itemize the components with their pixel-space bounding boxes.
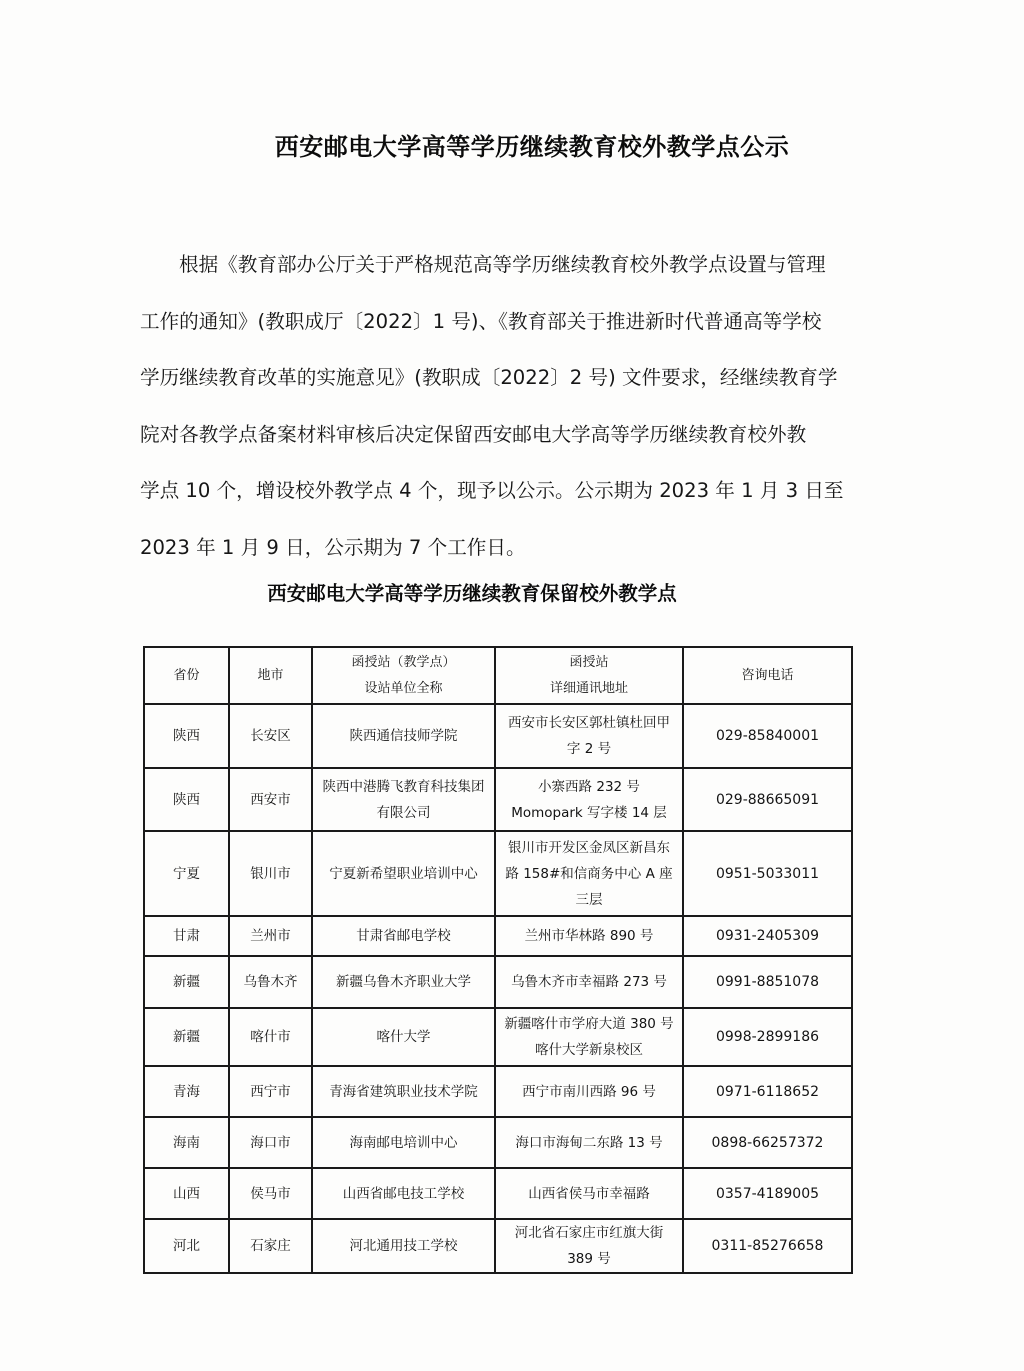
cell-province: 陕西 (144, 704, 229, 768)
table-title: 西安邮电大学高等学历继续教育保留校外教学点 (0, 578, 944, 606)
cell-unit: 河北通用技工学校 (312, 1219, 495, 1273)
cell-province: 新疆 (144, 1008, 229, 1066)
cell-city: 兰州市 (229, 916, 312, 956)
table-row: 河北 石家庄 河北通用技工学校 河北省石家庄市红旗大街389 号 0311-85… (144, 1219, 852, 1273)
cell-unit: 宁夏新希望职业培训中心 (312, 831, 495, 916)
cell-unit: 喀什大学 (312, 1008, 495, 1066)
header-unit: 函授站（教学点）设站单位全称 (312, 647, 495, 704)
cell-phone: 0931-2405309 (683, 916, 852, 956)
cell-unit: 新疆乌鲁木齐职业大学 (312, 956, 495, 1008)
cell-province: 山西 (144, 1168, 229, 1219)
cell-phone: 0998-2899186 (683, 1008, 852, 1066)
cell-address: 西安市长安区郭杜镇杜回甲字 2 号 (495, 704, 683, 768)
cell-phone: 0991-8851078 (683, 956, 852, 1008)
header-province: 省份 (144, 647, 229, 704)
cell-city: 长安区 (229, 704, 312, 768)
cell-province: 海南 (144, 1117, 229, 1168)
table-row: 新疆 乌鲁木齐 新疆乌鲁木齐职业大学 乌鲁木齐市幸福路 273 号 0991-8… (144, 956, 852, 1008)
cell-city: 乌鲁木齐 (229, 956, 312, 1008)
cell-unit: 陕西中港腾飞教育科技集团有限公司 (312, 768, 495, 831)
teaching-sites-table: 省份 地市 函授站（教学点）设站单位全称 函授站详细通讯地址 咨询电话 陕西 长… (143, 646, 853, 1274)
cell-province: 新疆 (144, 956, 229, 1008)
paragraph-line: 工作的通知》(教职成厅〔2022〕1 号)、《教育部关于推进新时代普通高等学校 (140, 294, 888, 351)
cell-province: 宁夏 (144, 831, 229, 916)
cell-address: 小寨西路 232 号Momopark 写字楼 14 层 (495, 768, 683, 831)
cell-unit: 海南邮电培训中心 (312, 1117, 495, 1168)
cell-city: 银川市 (229, 831, 312, 916)
cell-province: 陕西 (144, 768, 229, 831)
cell-phone: 0357-4189005 (683, 1168, 852, 1219)
paragraph-line: 院对各教学点备案材料审核后决定保留西安邮电大学高等学历继续教育校外教 (140, 407, 888, 464)
cell-address: 乌鲁木齐市幸福路 273 号 (495, 956, 683, 1008)
table-row: 陕西 西安市 陕西中港腾飞教育科技集团有限公司 小寨西路 232 号Momopa… (144, 768, 852, 831)
paragraph-line: 学点 10 个，增设校外教学点 4 个，现予以公示。公示期为 2023 年 1 … (140, 463, 888, 520)
cell-address: 兰州市华林路 890 号 (495, 916, 683, 956)
table-row: 新疆 喀什市 喀什大学 新疆喀什市学府大道 380 号喀什大学新泉校区 0998… (144, 1008, 852, 1066)
cell-address: 河北省石家庄市红旗大街389 号 (495, 1219, 683, 1273)
cell-city: 石家庄 (229, 1219, 312, 1273)
table-row: 甘肃 兰州市 甘肃省邮电学校 兰州市华林路 890 号 0931-2405309 (144, 916, 852, 956)
table-row: 陕西 长安区 陕西通信技师学院 西安市长安区郭杜镇杜回甲字 2 号 029-85… (144, 704, 852, 768)
cell-address: 银川市开发区金凤区新昌东路 158#和信商务中心 A 座三层 (495, 831, 683, 916)
cell-unit: 陕西通信技师学院 (312, 704, 495, 768)
paragraph-line: 根据《教育部办公厅关于严格规范高等学历继续教育校外教学点设置与管理 (140, 237, 888, 294)
cell-phone: 029-85840001 (683, 704, 852, 768)
cell-address: 西宁市南川西路 96 号 (495, 1066, 683, 1117)
cell-phone: 0951-5033011 (683, 831, 852, 916)
paragraph-line: 2023 年 1 月 9 日，公示期为 7 个工作日。 (140, 520, 888, 577)
cell-phone: 0311-85276658 (683, 1219, 852, 1273)
table-row: 海南 海口市 海南邮电培训中心 海口市海甸二东路 13 号 0898-66257… (144, 1117, 852, 1168)
cell-unit: 青海省建筑职业技术学院 (312, 1066, 495, 1117)
cell-city: 喀什市 (229, 1008, 312, 1066)
notice-paragraph: 根据《教育部办公厅关于严格规范高等学历继续教育校外教学点设置与管理 工作的通知》… (140, 237, 888, 576)
paragraph-line: 学历继续教育改革的实施意见》(教职成〔2022〕2 号) 文件要求，经继续教育学 (140, 350, 888, 407)
cell-city: 西宁市 (229, 1066, 312, 1117)
cell-phone: 0971-6118652 (683, 1066, 852, 1117)
cell-city: 西安市 (229, 768, 312, 831)
cell-city: 海口市 (229, 1117, 312, 1168)
header-phone: 咨询电话 (683, 647, 852, 704)
table-row: 青海 西宁市 青海省建筑职业技术学院 西宁市南川西路 96 号 0971-611… (144, 1066, 852, 1117)
cell-address: 山西省侯马市幸福路 (495, 1168, 683, 1219)
document-title: 西安邮电大学高等学历继续教育校外教学点公示 (0, 127, 1024, 162)
cell-address: 新疆喀什市学府大道 380 号喀什大学新泉校区 (495, 1008, 683, 1066)
cell-phone: 0898-66257372 (683, 1117, 852, 1168)
table-row: 山西 侯马市 山西省邮电技工学校 山西省侯马市幸福路 0357-4189005 (144, 1168, 852, 1219)
cell-phone: 029-88665091 (683, 768, 852, 831)
cell-province: 青海 (144, 1066, 229, 1117)
cell-province: 甘肃 (144, 916, 229, 956)
header-city: 地市 (229, 647, 312, 704)
cell-unit: 甘肃省邮电学校 (312, 916, 495, 956)
header-address: 函授站详细通讯地址 (495, 647, 683, 704)
cell-province: 河北 (144, 1219, 229, 1273)
cell-unit: 山西省邮电技工学校 (312, 1168, 495, 1219)
cell-city: 侯马市 (229, 1168, 312, 1219)
cell-address: 海口市海甸二东路 13 号 (495, 1117, 683, 1168)
table-header-row: 省份 地市 函授站（教学点）设站单位全称 函授站详细通讯地址 咨询电话 (144, 647, 852, 704)
table-row: 宁夏 银川市 宁夏新希望职业培训中心 银川市开发区金凤区新昌东路 158#和信商… (144, 831, 852, 916)
